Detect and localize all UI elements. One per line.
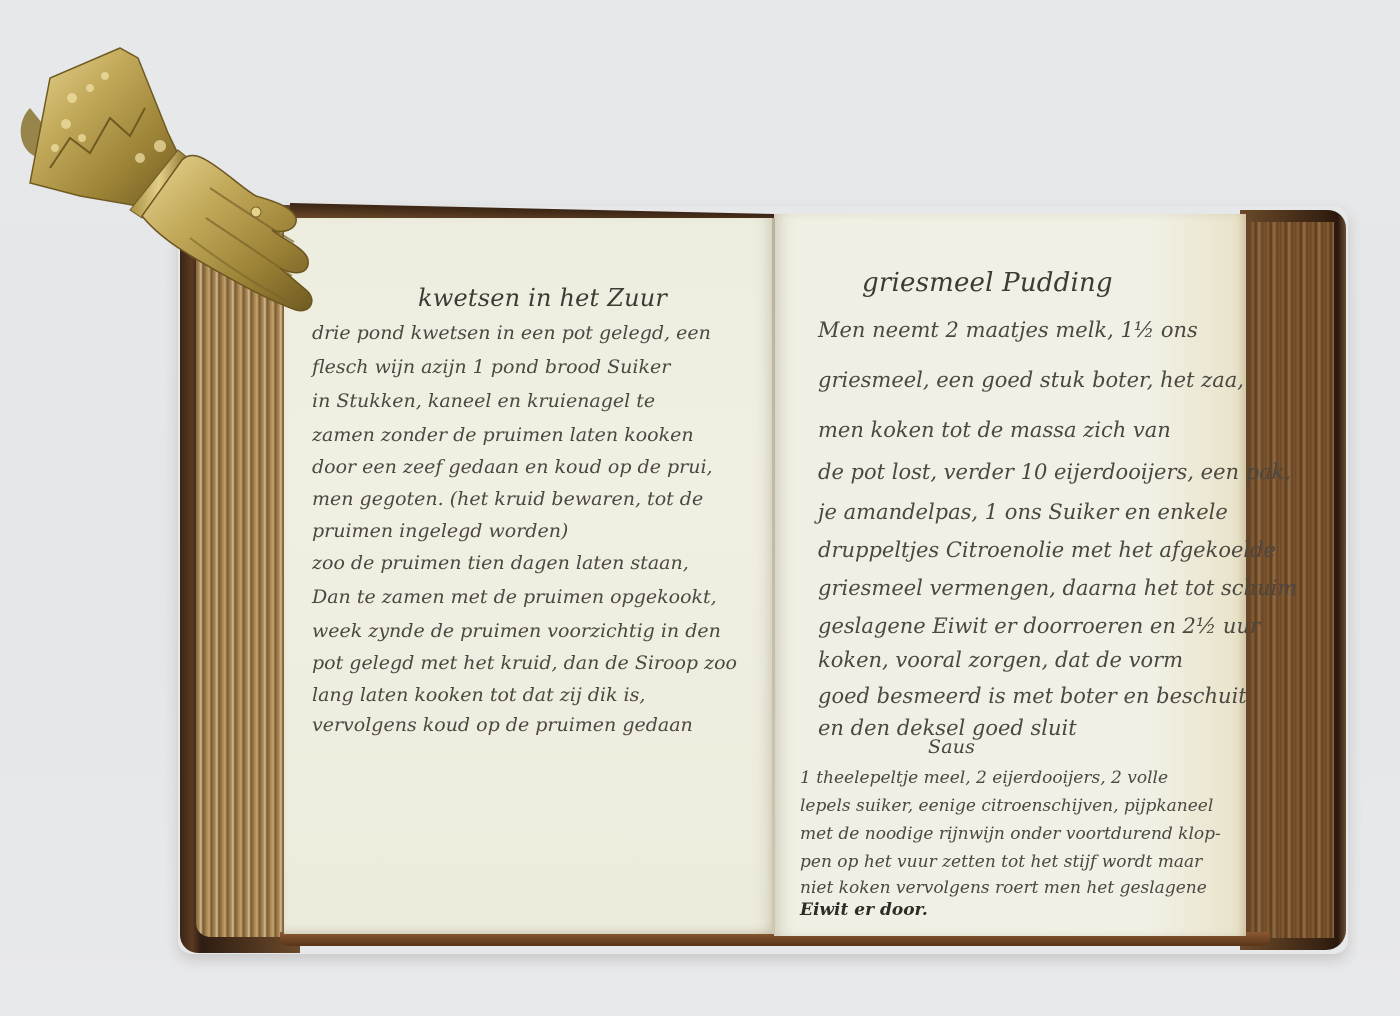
brass-hand-clip-icon	[10, 38, 330, 328]
handwritten-line: pen op het vuur zetten tot het stijf wor…	[800, 852, 1202, 872]
book-gutter	[772, 218, 775, 934]
handwritten-line: de pot lost, verder 10 eijerdooijers, ee…	[818, 460, 1291, 484]
handwritten-line: je amandelpas, 1 ons Suiker en enkele	[818, 500, 1228, 524]
handwritten-line: zoo de pruimen tien dagen laten staan,	[312, 552, 689, 574]
handwritten-line: griesmeel vermengen, daarna het tot schu…	[818, 576, 1297, 600]
handwritten-line: Dan te zamen met de pruimen opgekookt,	[312, 586, 717, 608]
handwritten-line: men gegoten. (het kruid bewaren, tot de	[312, 488, 703, 510]
handwritten-line: met de noodige rijnwijn onder voortduren…	[800, 824, 1221, 844]
handwritten-line: druppeltjes Citroenolie met het afgekoel…	[818, 538, 1276, 562]
handwritten-line: flesch wijn azijn 1 pond brood Suiker	[312, 356, 670, 378]
handwritten-line: pruimen ingelegd worden)	[312, 520, 568, 542]
handwritten-line: men koken tot de massa zich van	[818, 418, 1171, 442]
handwritten-line: drie pond kwetsen in een pot gelegd, een	[312, 322, 711, 344]
handwritten-line: koken, vooral zorgen, dat de vorm	[818, 648, 1183, 672]
handwritten-line: door een zeef gedaan en koud op de prui,	[312, 456, 713, 478]
handwritten-line: griesmeel, een goed stuk boter, het zaa,	[818, 368, 1244, 392]
handwritten-line: pot gelegd met het kruid, dan de Siroop …	[312, 652, 737, 674]
handwritten-line: goed besmeerd is met boter en beschuit	[818, 684, 1247, 708]
handwritten-line: in Stukken, kaneel en kruienagel te	[312, 390, 655, 412]
handwritten-line: vervolgens koud op de pruimen gedaan	[312, 714, 693, 736]
photo-scene: kwetsen in het Zuur drie pond kwetsen in…	[0, 0, 1400, 1016]
saus-heading: Saus	[928, 736, 975, 758]
right-page-title: griesmeel Pudding	[862, 268, 1113, 298]
handwritten-line: 1 theelepeltje meel, 2 eijerdooijers, 2 …	[800, 768, 1168, 788]
handwritten-line: Men neemt 2 maatjes melk, 1½ ons	[818, 318, 1198, 342]
handwritten-line: zamen zonder de pruimen laten kooken	[312, 424, 694, 446]
handwritten-line: niet koken vervolgens roert men het gesl…	[800, 878, 1207, 898]
handwritten-line: lang laten kooken tot dat zij dik is,	[312, 684, 645, 706]
left-page-title: kwetsen in het Zuur	[418, 284, 667, 312]
handwritten-line: geslagene Eiwit er doorroeren en 2½ uur	[818, 614, 1260, 638]
handwritten-line: lepels suiker, eenige citroenschijven, p…	[800, 796, 1213, 816]
handwritten-line: week zynde de pruimen voorzichtig in den	[312, 620, 721, 642]
handwritten-line: Eiwit er door.	[800, 900, 928, 920]
page-edges-left	[196, 225, 290, 937]
